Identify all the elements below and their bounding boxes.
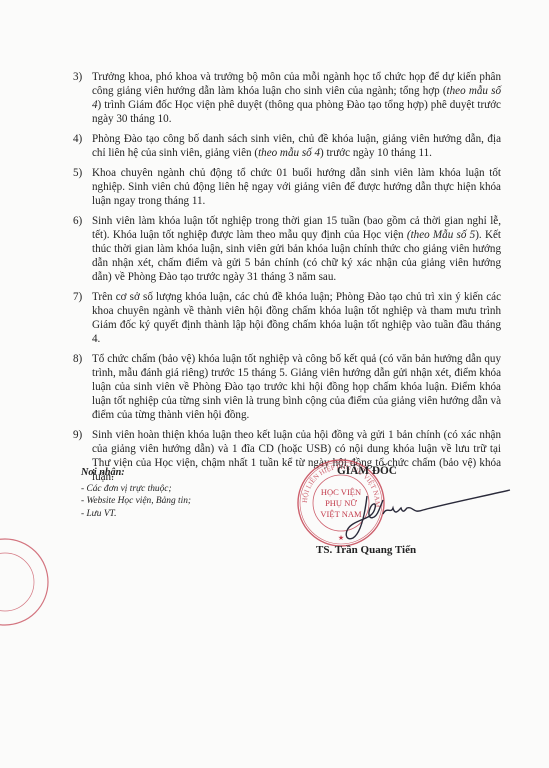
item-text: Trưởng khoa, phó khoa và trưởng bộ môn c… bbox=[92, 70, 501, 126]
list-item: 5)Khoa chuyên ngành chủ động tổ chức 01 … bbox=[73, 166, 501, 208]
list-item: 8)Tổ chức chấm (bảo vệ) khóa luận tốt ng… bbox=[73, 352, 501, 422]
recipient-line: - Lưu VT. bbox=[81, 508, 191, 521]
item-text: Tổ chức chấm (bảo vệ) khóa luận tốt nghi… bbox=[92, 352, 501, 422]
recipients-heading: Nơi nhận: bbox=[81, 467, 191, 480]
recipient-line: - Các đơn vị trực thuộc; bbox=[81, 483, 191, 496]
recipients-block: Nơi nhận: - Các đơn vị trực thuộc; - Web… bbox=[81, 467, 191, 520]
procedure-list: 3)Trưởng khoa, phó khoa và trưởng bộ môn… bbox=[73, 70, 501, 490]
list-item: 6)Sinh viên làm khóa luận tốt nghiệp tro… bbox=[73, 214, 501, 284]
handwritten-signature-icon bbox=[335, 488, 515, 548]
item-number: 3) bbox=[73, 70, 92, 126]
signer-name: TS. Trần Quang Tiến bbox=[316, 544, 416, 556]
margin-stamp-fragment-icon bbox=[0, 535, 50, 630]
item-number: 4) bbox=[73, 132, 92, 160]
item-number: 5) bbox=[73, 166, 92, 208]
item-number: 7) bbox=[73, 290, 92, 346]
document-page: 3)Trưởng khoa, phó khoa và trưởng bộ môn… bbox=[0, 0, 549, 768]
list-item: 3)Trưởng khoa, phó khoa và trưởng bộ môn… bbox=[73, 70, 501, 126]
list-item: 7)Trên cơ sở số lượng khóa luận, các chủ… bbox=[73, 290, 501, 346]
item-text: Sinh viên làm khóa luận tốt nghiệp trong… bbox=[92, 214, 501, 284]
item-number: 8) bbox=[73, 352, 92, 422]
item-text: Phòng Đào tạo công bố danh sách sinh viê… bbox=[92, 132, 501, 160]
item-number: 6) bbox=[73, 214, 92, 284]
recipient-line: - Website Học viện, Bảng tin; bbox=[81, 495, 191, 508]
list-item: 4)Phòng Đào tạo công bố danh sách sinh v… bbox=[73, 132, 501, 160]
signer-title: GIÁM ĐỐC bbox=[337, 465, 397, 477]
item-text: Khoa chuyên ngành chủ động tổ chức 01 bu… bbox=[92, 166, 501, 208]
item-text: Trên cơ sở số lượng khóa luận, các chủ đ… bbox=[92, 290, 501, 346]
